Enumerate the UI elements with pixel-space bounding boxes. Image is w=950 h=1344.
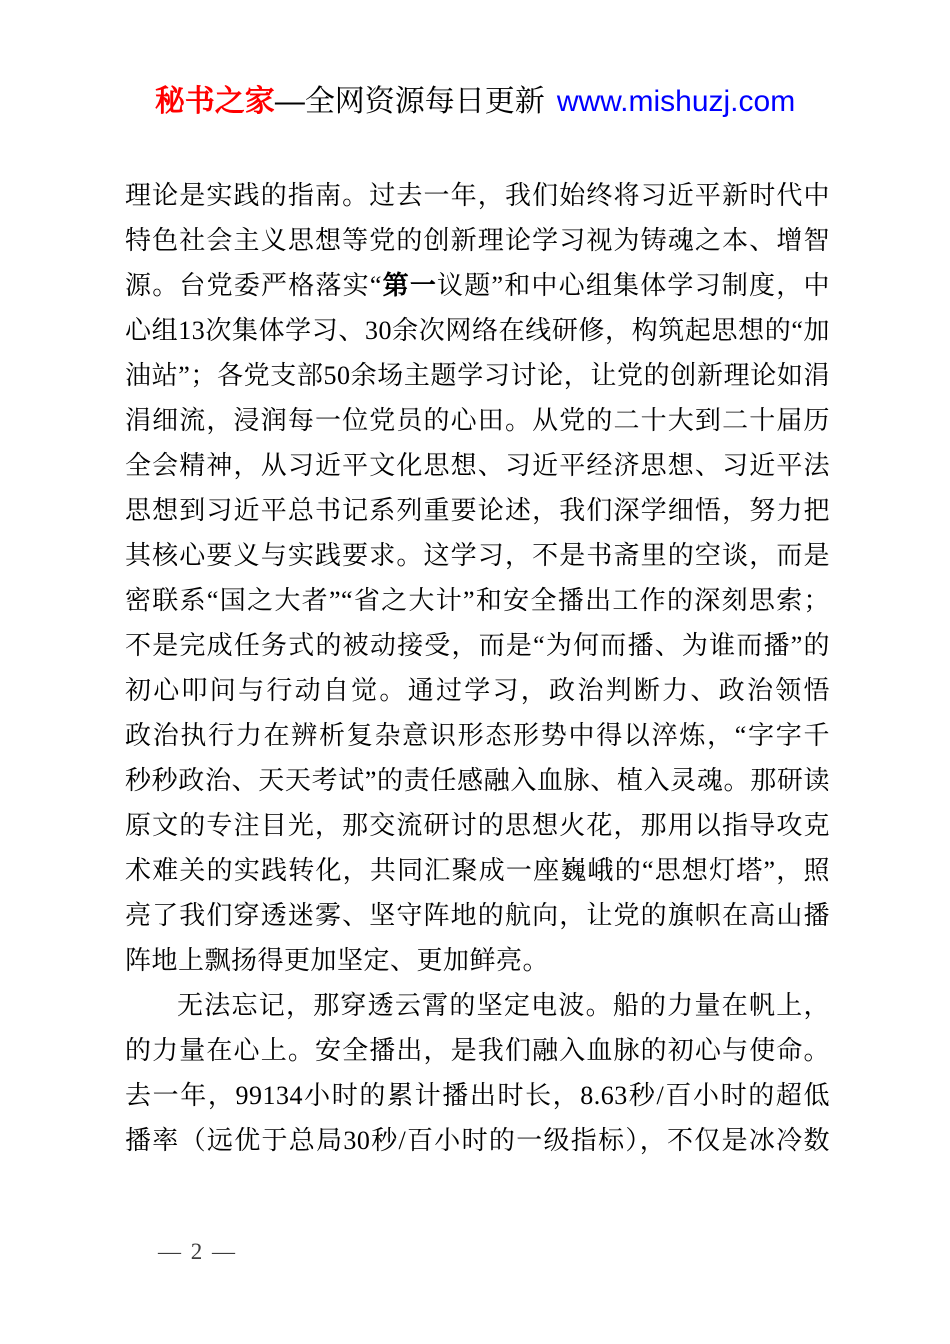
body-line: 的力量在心上。安全播出，是我们融入血脉的初心与使命。过 [125, 1028, 830, 1073]
header-dash: — [275, 85, 305, 118]
body-line: 其核心要义与实践要求。这学习，不是书斋里的空谈，而是紧 [125, 533, 830, 578]
body-line: 去一年，99134小时的累计播出时长，8.63秒/百小时的超低停 [125, 1073, 830, 1118]
body-line: 政治执行力在辨析复杂意识形态形势中得以淬炼，“字字千钧、 [125, 713, 830, 758]
site-header: 秘书之家—全网资源每日更新www.mishuzj.com [0, 84, 950, 120]
body-line: 播率（远优于总局30秒/百小时的一级指标），不仅是冰冷数 [125, 1118, 830, 1163]
body-line: 特色社会主义思想等党的创新理论学习视为铸魂之本、增智之 [125, 218, 830, 263]
body-line: 密联系“国之大者”“省之大计”和安全播出工作的深刻思索； [125, 578, 830, 623]
site-brand: 秘书之家 [155, 85, 275, 118]
body-line: 无法忘记，那穿透云霄的坚定电波。船的力量在帆上，人 [125, 983, 830, 1028]
body-line: 全会精神，从习近平文化思想、习近平经济思想、习近平法治 [125, 443, 830, 488]
body-line: 亮了我们穿透迷雾、坚守阵地的航向，让党的旗帜在高山播出 [125, 893, 830, 938]
site-tagline: 全网资源每日更新 [305, 85, 545, 118]
site-url-link[interactable]: www.mishuzj.com [557, 85, 795, 118]
body-line: 秒秒政治、天天考试”的责任感融入血脉、植入灵魂。那研读 [125, 758, 830, 803]
body-line: 心组13次集体学习、30余次网络在线研修，构筑起思想的“加 [125, 308, 830, 353]
body-line: 油站”；各党支部50余场主题学习讨论，让党的创新理论如涓 [125, 353, 830, 398]
body-line: 涓细流，浸润每一位党员的心田。从党的二十大到二十届历次 [125, 398, 830, 443]
body-line: 术难关的实践转化，共同汇聚成一座巍峨的“思想灯塔”，照 [125, 848, 830, 893]
body-line: 初心叩问与行动自觉。通过学习，政治判断力、政治领悟力、 [125, 668, 830, 713]
page-number: — 2 — [158, 1238, 237, 1266]
body-line: 源。台党委严格落实“第一议题”和中心组集体学习制度，中 [125, 263, 830, 308]
body-line: 阵地上飘扬得更加坚定、更加鲜亮。 [125, 938, 830, 983]
body-line: 理论是实践的指南。过去一年，我们始终将习近平新时代中国 [125, 173, 830, 218]
body-line: 不是完成任务式的被动接受，而是“为何而播、为谁而播”的 [125, 623, 830, 668]
body-line: 原文的专注目光，那交流研讨的思想火花，那用以指导攻克技 [125, 803, 830, 848]
body-line: 思想到习近平总书记系列重要论述，我们深学细悟，努力把握 [125, 488, 830, 533]
document-body: 理论是实践的指南。过去一年，我们始终将习近平新时代中国特色社会主义思想等党的创新… [125, 173, 830, 1163]
